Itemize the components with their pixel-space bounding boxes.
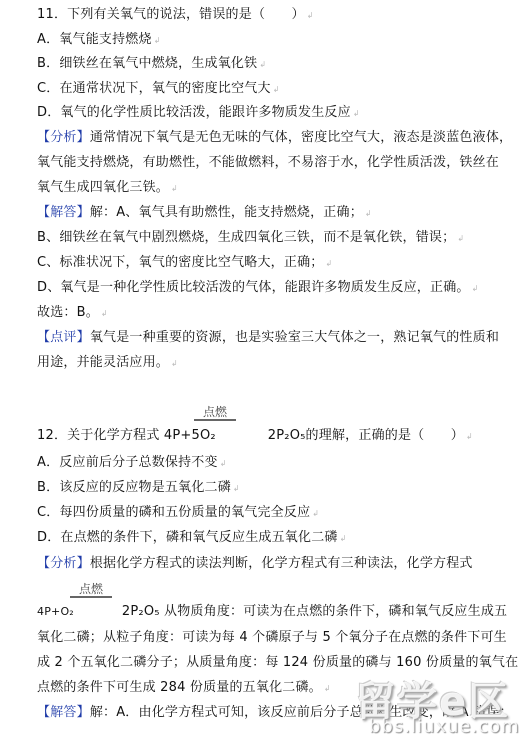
option-text: A．反应前后分子总数保持不变 bbox=[37, 455, 218, 470]
option-text: D．在点燃的条件下，磷和氧气反应生成五氧化二磷 bbox=[37, 530, 338, 545]
paragraph-mark-icon: ↲ bbox=[259, 60, 266, 69]
question-11-option-a: A．氧气能支持燃烧↲ bbox=[37, 32, 161, 49]
analysis-text: 氧气能支持燃烧，有助燃性，不能做燃料，不易溶于水，化学性质活泼，铁丝在 bbox=[37, 155, 499, 170]
question-11-answer-line-c: C、标准状况下，氧气的密度比空气略大，正确；↲ bbox=[37, 255, 332, 272]
analysis-text: 氧气生成四氧化三铁。 bbox=[37, 180, 169, 195]
option-text: C．每四份质量的磷和五份质量的氧气完全反应 bbox=[37, 505, 310, 520]
option-text: C．在通常状况下，氧气的密度比空气大 bbox=[37, 81, 271, 96]
question-11-comment: 【点评】氧气是一种重要的资源，也是实验室三大气体之一，熟记氧气的性质和 bbox=[37, 330, 499, 346]
question-12-analysis: 【分析】根据化学方程式的读法判断，化学方程式有三种读法，化学方程式 bbox=[37, 556, 473, 572]
analysis-text: 根据化学方程式的读法判断，化学方程式有三种读法，化学方程式 bbox=[90, 556, 473, 571]
answer-text: 解：A、氧气具有助燃性，能支持燃烧，正确； bbox=[90, 205, 363, 220]
paragraph-mark-icon: ↲ bbox=[365, 209, 372, 218]
question-11-analysis-line-2: 氧气能支持燃烧，有助燃性，不能做燃料，不易溶于水，化学性质活泼，铁丝在 bbox=[37, 155, 499, 171]
comment-text: 氧气是一种重要的资源，也是实验室三大气体之一，熟记氧气的性质和 bbox=[90, 330, 499, 345]
paragraph-mark-icon: ↲ bbox=[233, 484, 240, 493]
equation-right: 2P₂O₅ 从物质角度：可读为在点燃的条件下，磷和氧气反应生成五 bbox=[122, 604, 507, 619]
paragraph-mark-icon: ↲ bbox=[325, 259, 332, 268]
paragraph-mark-icon: ↲ bbox=[273, 85, 280, 94]
equation-left: 4P+O₂ bbox=[37, 605, 74, 618]
paragraph-mark-icon: ↲ bbox=[472, 284, 479, 293]
question-12-equation-line: 4P+O₂2P₂O₅ 从物质角度：可读为在点燃的条件下，磷和氧气反应生成五 bbox=[37, 604, 507, 620]
question-11-stem: 11．下列有关氧气的说法，错误的是（ ）↲ bbox=[37, 7, 314, 24]
question-12-analysis-line-3: 成 2 个五氧化二磷分子；从质量角度：每 124 份质量的磷与 160 份质量的… bbox=[37, 655, 518, 671]
document-page: 11．下列有关氧气的说法，错误的是（ ）↲ A．氧气能支持燃烧↲ B．细铁丝在氧… bbox=[0, 0, 524, 741]
paragraph-mark-icon: ↲ bbox=[101, 309, 108, 318]
question-11-choice: 故选：B。↲ bbox=[37, 305, 108, 322]
stem-prefix: 12．关于化学方程式 4P+5O₂ bbox=[37, 428, 216, 443]
question-11-comment-line-2: 用途，并能灵活应用。↲ bbox=[37, 355, 178, 372]
analysis-text: 氧化二磷；从粒子角度：可读为每 4 个磷原子与 5 个氧分子在点燃的条件下可生 bbox=[37, 630, 507, 645]
question-11-option-b: B．细铁丝在氧气中燃烧，生成氧化铁↲ bbox=[37, 56, 266, 73]
comment-text: 用途，并能灵活应用。 bbox=[37, 355, 169, 370]
paragraph-mark-icon: ↲ bbox=[457, 234, 464, 243]
choice-text: 故选：B。 bbox=[37, 305, 99, 320]
question-11-stem-text: 11．下列有关氧气的说法，错误的是（ ） bbox=[37, 7, 305, 22]
paragraph-mark-icon: ↲ bbox=[171, 184, 178, 193]
question-11-answer-line-d: D、氧气是一种化学性质比较活泼的气体，能跟许多物质发生反应，正确。↲ bbox=[37, 280, 479, 297]
option-text: B．该反应的反应物是五氧化二磷 bbox=[37, 480, 231, 495]
question-12-option-c: C．每四份质量的磷和五份质量的氧气完全反应↲ bbox=[37, 505, 319, 522]
analysis-tag: 【分析】 bbox=[37, 130, 90, 145]
paragraph-mark-icon: ↲ bbox=[220, 459, 227, 468]
reaction-condition: 点燃 bbox=[194, 405, 236, 421]
analysis-text: 通常情况下氧气是无色无味的气体，密度比空气大，液态是淡蓝色液体， bbox=[90, 130, 512, 145]
paragraph-mark-icon: ↲ bbox=[324, 684, 331, 693]
question-11-answer-line-b: B、细铁丝在氧气中剧烈燃烧，生成四氧化三铁，而不是氧化铁，错误；↲ bbox=[37, 230, 464, 247]
analysis-text: 成 2 个五氧化二磷分子；从质量角度：每 124 份质量的磷与 160 份质量的… bbox=[37, 655, 518, 670]
paragraph-mark-icon: ↲ bbox=[307, 11, 314, 20]
question-12-answer: 【解答】解：A．由化学方程式可知，该反应前后分子总数发生改变，故 A 错误； bbox=[37, 705, 513, 721]
question-12-stem: 12．关于化学方程式 4P+5O₂2P₂O₅的理解，正确的是（ ）↲ bbox=[37, 428, 473, 445]
question-11-analysis-line-3: 氧气生成四氧化三铁。↲ bbox=[37, 180, 178, 197]
answer-text: D、氧气是一种化学性质比较活泼的气体，能跟许多物质发生反应，正确。 bbox=[37, 280, 470, 295]
stem-suffix: 2P₂O₅的理解，正确的是（ ） bbox=[268, 428, 464, 443]
paragraph-mark-icon: ↲ bbox=[466, 432, 473, 441]
answer-tag: 【解答】 bbox=[37, 205, 90, 220]
question-12-analysis-line-2: 氧化二磷；从粒子角度：可读为每 4 个磷原子与 5 个氧分子在点燃的条件下可生 bbox=[37, 630, 507, 646]
question-11-answer: 【解答】解：A、氧气具有助燃性，能支持燃烧，正确；↲ bbox=[37, 205, 372, 222]
option-text: D．氧气的化学性质比较活泼，能跟许多物质发生反应 bbox=[37, 105, 351, 120]
option-text: A．氧气能支持燃烧 bbox=[37, 32, 152, 47]
paragraph-mark-icon: ↲ bbox=[171, 359, 178, 368]
paragraph-mark-icon: ↲ bbox=[353, 109, 360, 118]
analysis-tag: 【分析】 bbox=[37, 556, 90, 571]
question-12-analysis-line-4: 点燃的条件下可生成 284 份质量的五氧化二磷。↲ bbox=[37, 680, 331, 697]
paragraph-mark-icon: ↲ bbox=[154, 36, 161, 45]
equation-condition: 点燃 bbox=[70, 582, 112, 598]
question-12-option-a: A．反应前后分子总数保持不变↲ bbox=[37, 455, 227, 472]
question-11-option-c: C．在通常状况下，氧气的密度比空气大↲ bbox=[37, 81, 280, 98]
question-12-option-b: B．该反应的反应物是五氧化二磷↲ bbox=[37, 480, 240, 497]
question-11-option-d: D．氧气的化学性质比较活泼，能跟许多物质发生反应↲ bbox=[37, 105, 360, 122]
answer-text: C、标准状况下，氧气的密度比空气略大，正确； bbox=[37, 255, 323, 270]
answer-text: B、细铁丝在氧气中剧烈燃烧，生成四氧化三铁，而不是氧化铁，错误； bbox=[37, 230, 455, 245]
question-12-option-d: D．在点燃的条件下，磷和氧气反应生成五氧化二磷↲ bbox=[37, 530, 347, 547]
paragraph-mark-icon: ↲ bbox=[340, 534, 347, 543]
option-text: B．细铁丝在氧气中燃烧，生成氧化铁 bbox=[37, 56, 257, 71]
question-11-analysis: 【分析】通常情况下氧气是无色无味的气体，密度比空气大，液态是淡蓝色液体， bbox=[37, 130, 512, 146]
answer-text: 解：A．由化学方程式可知，该反应前后分子总数发生改变，故 A 错误； bbox=[90, 705, 513, 720]
paragraph-mark-icon: ↲ bbox=[312, 509, 319, 518]
analysis-text: 点燃的条件下可生成 284 份质量的五氧化二磷。 bbox=[37, 680, 322, 695]
comment-tag: 【点评】 bbox=[37, 330, 90, 345]
answer-tag: 【解答】 bbox=[37, 705, 90, 720]
